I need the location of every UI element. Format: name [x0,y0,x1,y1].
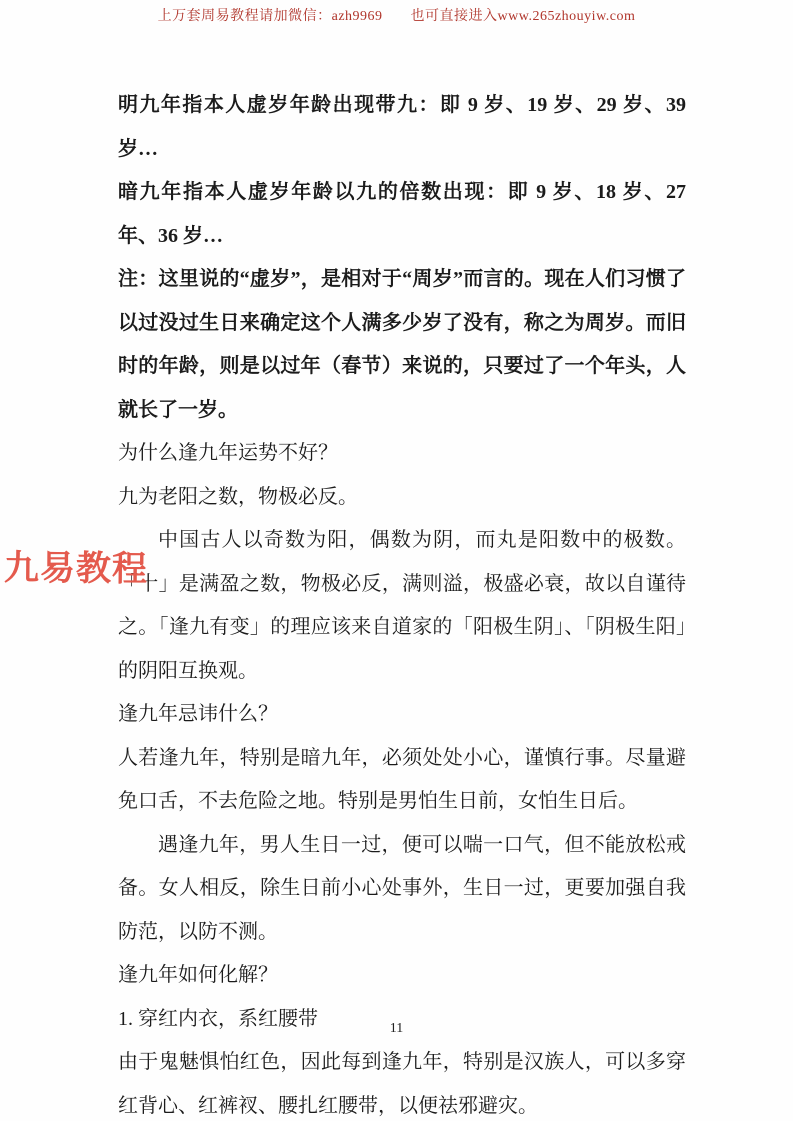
paragraph: 人若逢九年，特别是暗九年，必须处处小心，谨慎行事。尽量避免口舌，不去危险之地。特… [118,737,686,824]
paragraph: 暗九年指本人虚岁年龄以九的倍数出现：即 9 岁、18 岁、27 年、36 岁… [118,171,686,258]
paragraph: 由于鬼魅惧怕红色，因此每到逢九年，特别是汉族人，可以多穿红背心、红裤衩、腰扎红腰… [118,1041,686,1121]
paragraph: 逢九年忌讳什么？ [118,693,686,737]
promo-link-text: 也可直接进入www.265zhouyiw.com [411,9,636,24]
paragraph: 逢九年如何化解？ [118,954,686,998]
paragraph: 遇逢九年，男人生日一过，便可以喘一口气，但不能放松戒备。女人相反，除生日前小心处… [118,824,686,955]
paragraph: 1. 穿红内衣，系红腰带 [118,998,686,1042]
paragraph: 九为老阳之数，物极必反。 [118,476,686,520]
document-body: 明九年指本人虚岁年龄出现带九：即 9 岁、19 岁、29 岁、39 岁…暗九年指… [118,84,686,1121]
promo-header: 上万套周易教程请加微信：azh9969也可直接进入www.265zhouyiw.… [0,5,793,25]
paragraph: 明九年指本人虚岁年龄出现带九：即 9 岁、19 岁、29 岁、39 岁… [118,84,686,171]
promo-contact-text: 上万套周易教程请加微信：azh9969 [158,9,383,24]
paragraph: 中国古人以奇数为阳，偶数为阴，而丸是阳数中的极数。「十」是满盈之数，物极必反，满… [118,519,686,693]
watermark: 九易教程 [4,540,148,591]
paragraph: 注：这里说的“虚岁”，是相对于“周岁”而言的。现在人们习惯了以过没过生日来确定这… [118,258,686,432]
document-page: 上万套周易教程请加微信：azh9969也可直接进入www.265zhouyiw.… [0,0,793,1121]
paragraph: 为什么逢九年运势不好？ [118,432,686,476]
